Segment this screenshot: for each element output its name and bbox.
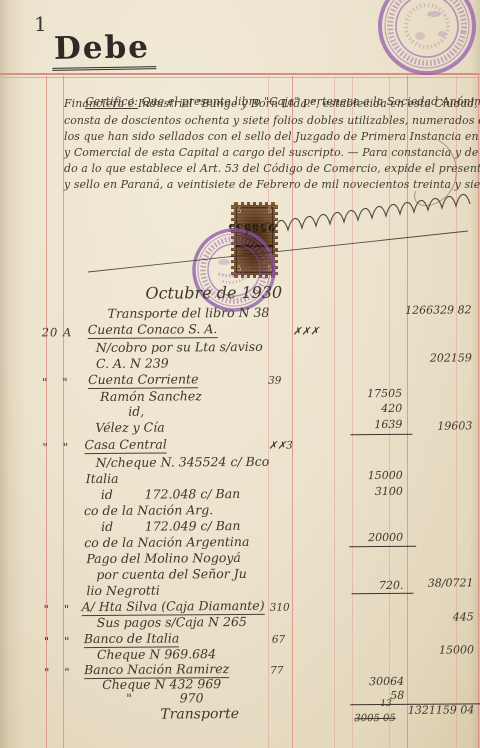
ledger-row-text: N/cheque N. 345524 c/ Bco xyxy=(96,455,270,470)
entry-title: Cuenta Conaco S. A. xyxy=(88,322,218,337)
date-mark: 20 A xyxy=(42,325,82,339)
month-header: Octubre de 1930 xyxy=(145,286,282,301)
amount-main: 1321159 04 xyxy=(402,703,478,718)
entry-title: A/ Hta Silva (Caja Diamante) xyxy=(82,599,265,614)
amount-main: 202159 xyxy=(400,351,476,366)
entry-title: Banco de Italia xyxy=(84,631,180,646)
ledger-row-text: lio Negrotti xyxy=(86,584,159,599)
folio-number: ✗✗3 xyxy=(268,439,296,453)
total-rule xyxy=(349,546,416,547)
date-mark: " " xyxy=(44,602,84,616)
date-mark: " " xyxy=(44,634,84,648)
ledger-row-text: Vélez y Cía xyxy=(95,421,164,435)
ledger-row-text: Sus pagos s/Caja N 265 xyxy=(97,615,247,630)
amount-sub: 17505 xyxy=(344,387,408,401)
ledger-row-text: id, xyxy=(128,405,144,419)
amount-main: 38/0721 xyxy=(401,576,477,591)
folio-number: ✗✗✗ xyxy=(293,324,321,338)
ledger-page: 1 Debe Certifico: Que el presente libro … xyxy=(0,0,480,748)
date-mark: " " xyxy=(44,665,84,679)
ledger-row-text: Transporte del libro N 38 xyxy=(108,306,270,321)
ledger-row-text: N/cobro por su Lta s/aviso xyxy=(96,340,263,355)
amount-sub: 720. xyxy=(345,579,409,593)
amount-sub: 20000 xyxy=(345,531,409,545)
amount-sub: 3100 xyxy=(345,485,409,499)
ledger-row-text: C. A. N 239 xyxy=(96,356,169,371)
amount-sub: 15000 xyxy=(345,469,409,483)
amount-main: 1266329 82 xyxy=(400,303,476,318)
date-mark: " " xyxy=(42,440,82,454)
ledger-row-text: Cheque N 969.684 xyxy=(97,647,216,662)
entry-title: Casa Central xyxy=(84,438,166,453)
ledger-row-text: id 172.048 c/ Ban xyxy=(101,487,240,502)
amount-main: 445 xyxy=(402,610,480,625)
ledger-row-text: Pago del Molino Nogoyá xyxy=(86,551,241,566)
amount-sub-struck: 3005 05 xyxy=(354,712,395,726)
ledger-entries: Octubre de 1930 Transporte del libro N 3… xyxy=(0,0,480,748)
amount-main: 15000 xyxy=(402,643,478,658)
entry-title: Banco Nación Ramirez xyxy=(84,662,229,677)
amount-sub: 58 xyxy=(346,689,410,703)
amount-sub: 1639 xyxy=(344,418,408,432)
ledger-row-text: " 970 xyxy=(126,691,203,706)
folio-number: 67 xyxy=(272,633,300,647)
folio-number: 39 xyxy=(268,374,296,388)
date-mark: " " xyxy=(42,375,82,389)
ledger-row-text: Ramón Sanchez xyxy=(100,389,202,404)
ledger-row-text: co de la Nación Arg. xyxy=(84,503,213,518)
amount-main: 19603 xyxy=(400,419,476,434)
ledger-row-text: por cuenta del Señor Ju xyxy=(96,567,246,582)
total-rule xyxy=(350,434,412,435)
ledger-row-text: Transporte xyxy=(160,707,239,722)
ledger-row-text: co de la Nación Argentina xyxy=(84,535,249,550)
ledger-row-text: id 172.049 c/ Ban xyxy=(101,519,240,534)
total-rule xyxy=(352,593,414,594)
amount-correction-note: 13 xyxy=(380,697,392,711)
folio-number: 77 xyxy=(270,664,298,678)
amount-sub: 30064 xyxy=(346,675,410,689)
ledger-row-text: Italia xyxy=(86,472,119,486)
folio-number: 310 xyxy=(270,601,298,615)
amount-sub: 420 xyxy=(344,402,408,416)
entry-title: Cuenta Corriente xyxy=(88,372,199,387)
